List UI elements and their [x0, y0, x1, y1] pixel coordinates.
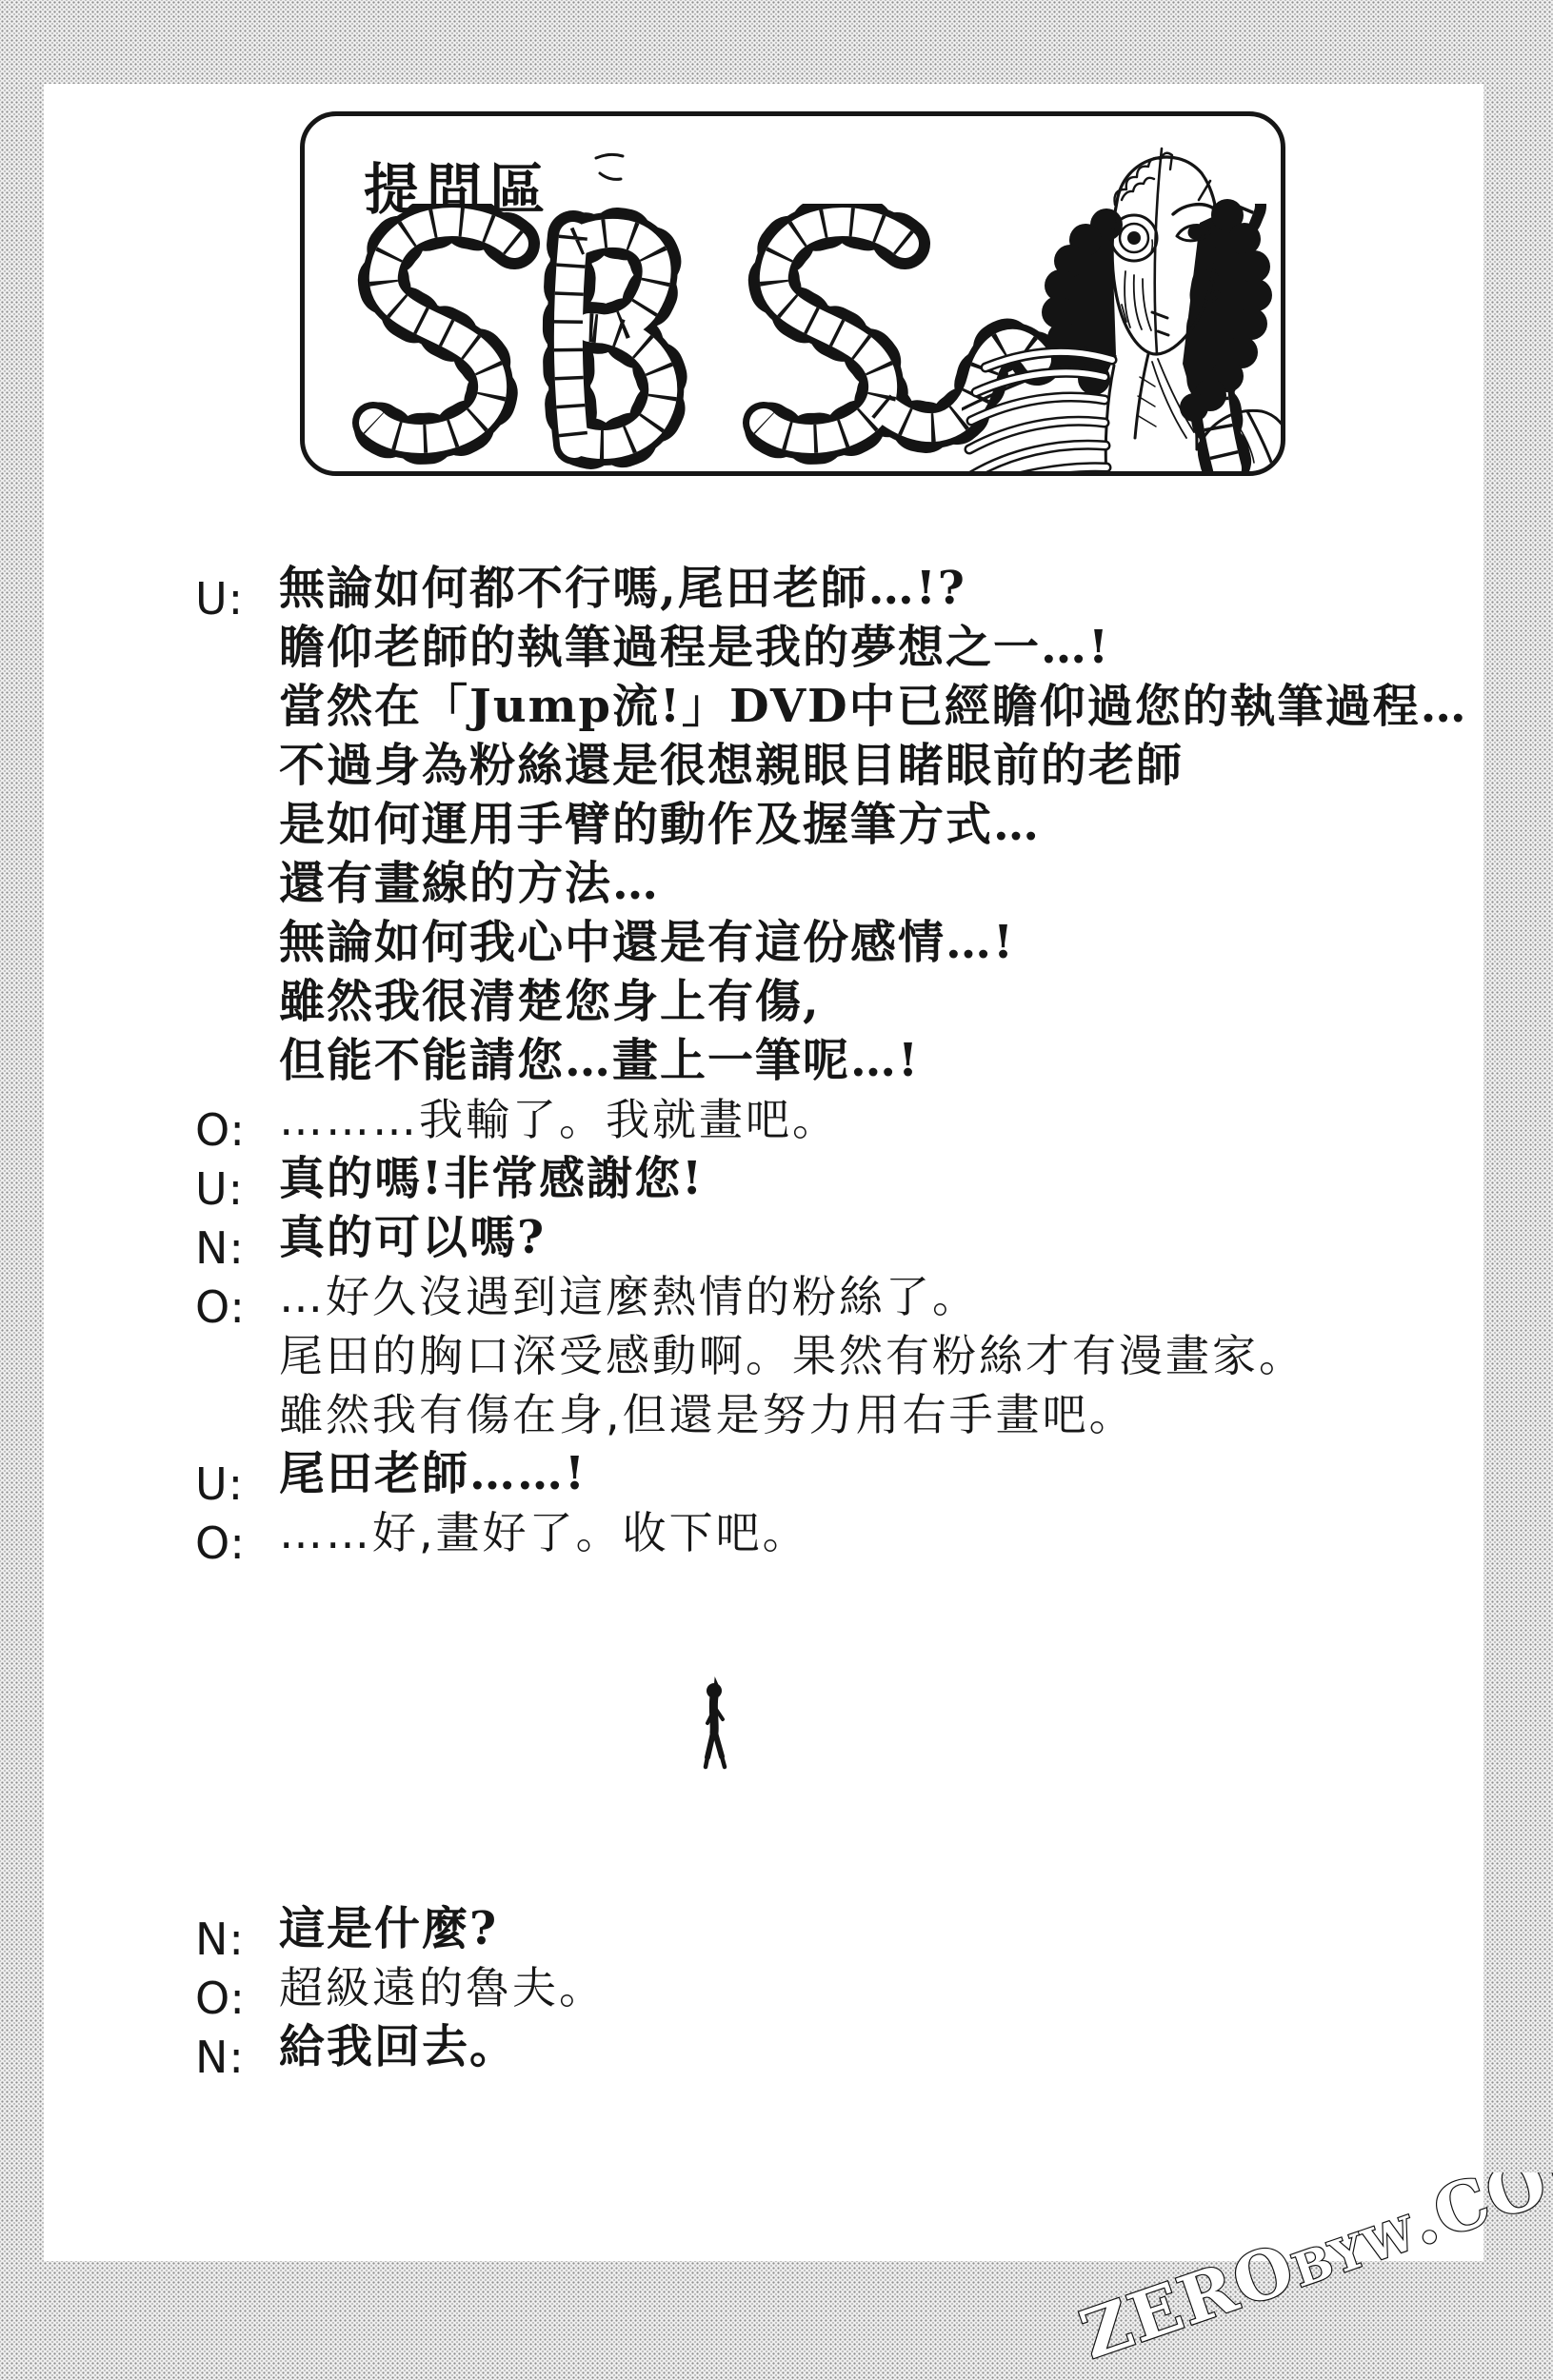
- site-watermark: ZEROBYW.COM: [1074, 2172, 1553, 2380]
- dialogue-line: N:給我回去。: [195, 2018, 606, 2077]
- tiny-luffy-silhouette-icon: [696, 1676, 734, 1775]
- margin-scribble-icon: [590, 149, 628, 196]
- dialogue-line: 瞻仰老師的執筆過程是我的夢想之一…!: [195, 619, 1468, 678]
- dialogue-text: 還有畫線的方法…: [279, 857, 660, 910]
- dialogue-text: 但能不能請您…畫上一筆呢…!: [279, 1034, 920, 1087]
- dialogue-text: 雖然我很清楚您身上有傷,: [279, 975, 821, 1028]
- dialogue-text: 瞻仰老師的執筆過程是我的夢想之一…!: [279, 621, 1110, 674]
- eyebrow: [1173, 205, 1212, 214]
- dialogue-text: 這是什麼?: [279, 1902, 498, 1955]
- dialogue-text: 超級遠的魯夫。: [279, 1962, 606, 2013]
- dialogue-line: O:……好,畫好了。收下吧。: [195, 1504, 1468, 1563]
- dialogue-block-bottom: N:這是什麼? O:超級遠的魯夫。 N:給我回去。: [195, 1900, 606, 2077]
- dialogue-line: N:真的可以嗎?: [195, 1209, 1468, 1268]
- ribcage: [969, 352, 1112, 476]
- dialogue-line: U:真的嗎!非常感謝您!: [195, 1150, 1468, 1209]
- sbs-header-box: 提問區 SBS: [300, 111, 1285, 476]
- eye-socket-rings: [1111, 215, 1157, 261]
- speaker-label: O:: [195, 1515, 279, 1572]
- dialogue-line: U:尾田老師……!: [195, 1445, 1468, 1504]
- speaker-label: N:: [195, 2029, 279, 2086]
- watermark-text: ZEROBYW.COM: [1074, 2172, 1553, 2374]
- dialogue-text: 給我回去。: [279, 2020, 517, 2073]
- dialogue-text: …好久沒遇到這麼熱情的粉絲了。: [279, 1271, 979, 1322]
- dialogue-text: ……好,畫好了。收下吧。: [279, 1507, 809, 1558]
- exposed-brain: [1115, 153, 1173, 205]
- dialogue-text: 真的嗎!非常感謝您!: [279, 1152, 704, 1205]
- dialogue-text: 尾田老師……!: [279, 1447, 587, 1500]
- anatomy-figure-icon: [962, 116, 1285, 476]
- face-divide-line: [1155, 149, 1162, 354]
- dialogue-line: O:…好久沒遇到這麼熱情的粉絲了。: [195, 1268, 1468, 1327]
- dialogue-text: 不過身為粉絲還是很想親眼目睹眼前的老師: [279, 739, 1184, 792]
- dialogue-line: N:這是什麼?: [195, 1900, 606, 1959]
- dialogue-line: 當然在「Jump流!」DVD中已經瞻仰過您的執筆過程…: [195, 678, 1468, 737]
- scanned-manga-page: 提問區 SBS: [0, 0, 1553, 2380]
- forehead-crease: [1199, 181, 1210, 200]
- dialogue-line: 是如何運用手臂的動作及握筆方式…: [195, 796, 1468, 855]
- dialogue-text: 無論如何都不行嗎,尾田老師…!?: [279, 562, 966, 615]
- right-arm: [1197, 410, 1285, 476]
- dialogue-line: 雖然我有傷在身,但還是努力用右手畫吧。: [195, 1386, 1468, 1445]
- dialogue-text: 雖然我有傷在身,但還是努力用右手畫吧。: [279, 1389, 1136, 1440]
- dialogue-text: 真的可以嗎?: [279, 1211, 546, 1264]
- dialogue-line: 還有畫線的方法…: [195, 855, 1468, 914]
- dialogue-line: 尾田的胸口深受感動啊。果然有粉絲才有漫畫家。: [195, 1327, 1468, 1386]
- dialogue-text: 當然在「Jump流!」DVD中已經瞻仰過您的執筆過程…: [279, 680, 1468, 733]
- dialogue-line: O:………我輸了。我就畫吧。: [195, 1091, 1468, 1150]
- dialogue-line: 不過身為粉絲還是很想親眼目睹眼前的老師: [195, 737, 1468, 796]
- dialogue-line: 無論如何我心中還是有這份感情…!: [195, 914, 1468, 973]
- dialogue-line: U:無論如何都不行嗎,尾田老師…!?: [195, 560, 1468, 619]
- dialogue-line: 但能不能請您…畫上一筆呢…!: [195, 1032, 1468, 1091]
- paper-area: 提問區 SBS: [44, 84, 1483, 2261]
- dialogue-line: O:超級遠的魯夫。: [195, 1959, 606, 2018]
- dialogue-text: ………我輸了。我就畫吧。: [279, 1094, 839, 1145]
- cheek-muscle-fibers: [1122, 271, 1151, 330]
- dialogue-block-main: U:無論如何都不行嗎,尾田老師…!? 瞻仰老師的執筆過程是我的夢想之一…! 當然…: [195, 560, 1468, 1563]
- dialogue-text: 是如何運用手臂的動作及握筆方式…: [279, 798, 1041, 851]
- dialogue-line: 雖然我很清楚您身上有傷,: [195, 973, 1468, 1032]
- dialogue-text: 無論如何我心中還是有這份感情…!: [279, 916, 1015, 969]
- dialogue-text: 尾田的胸口深受感動啊。果然有粉絲才有漫畫家。: [279, 1330, 1305, 1381]
